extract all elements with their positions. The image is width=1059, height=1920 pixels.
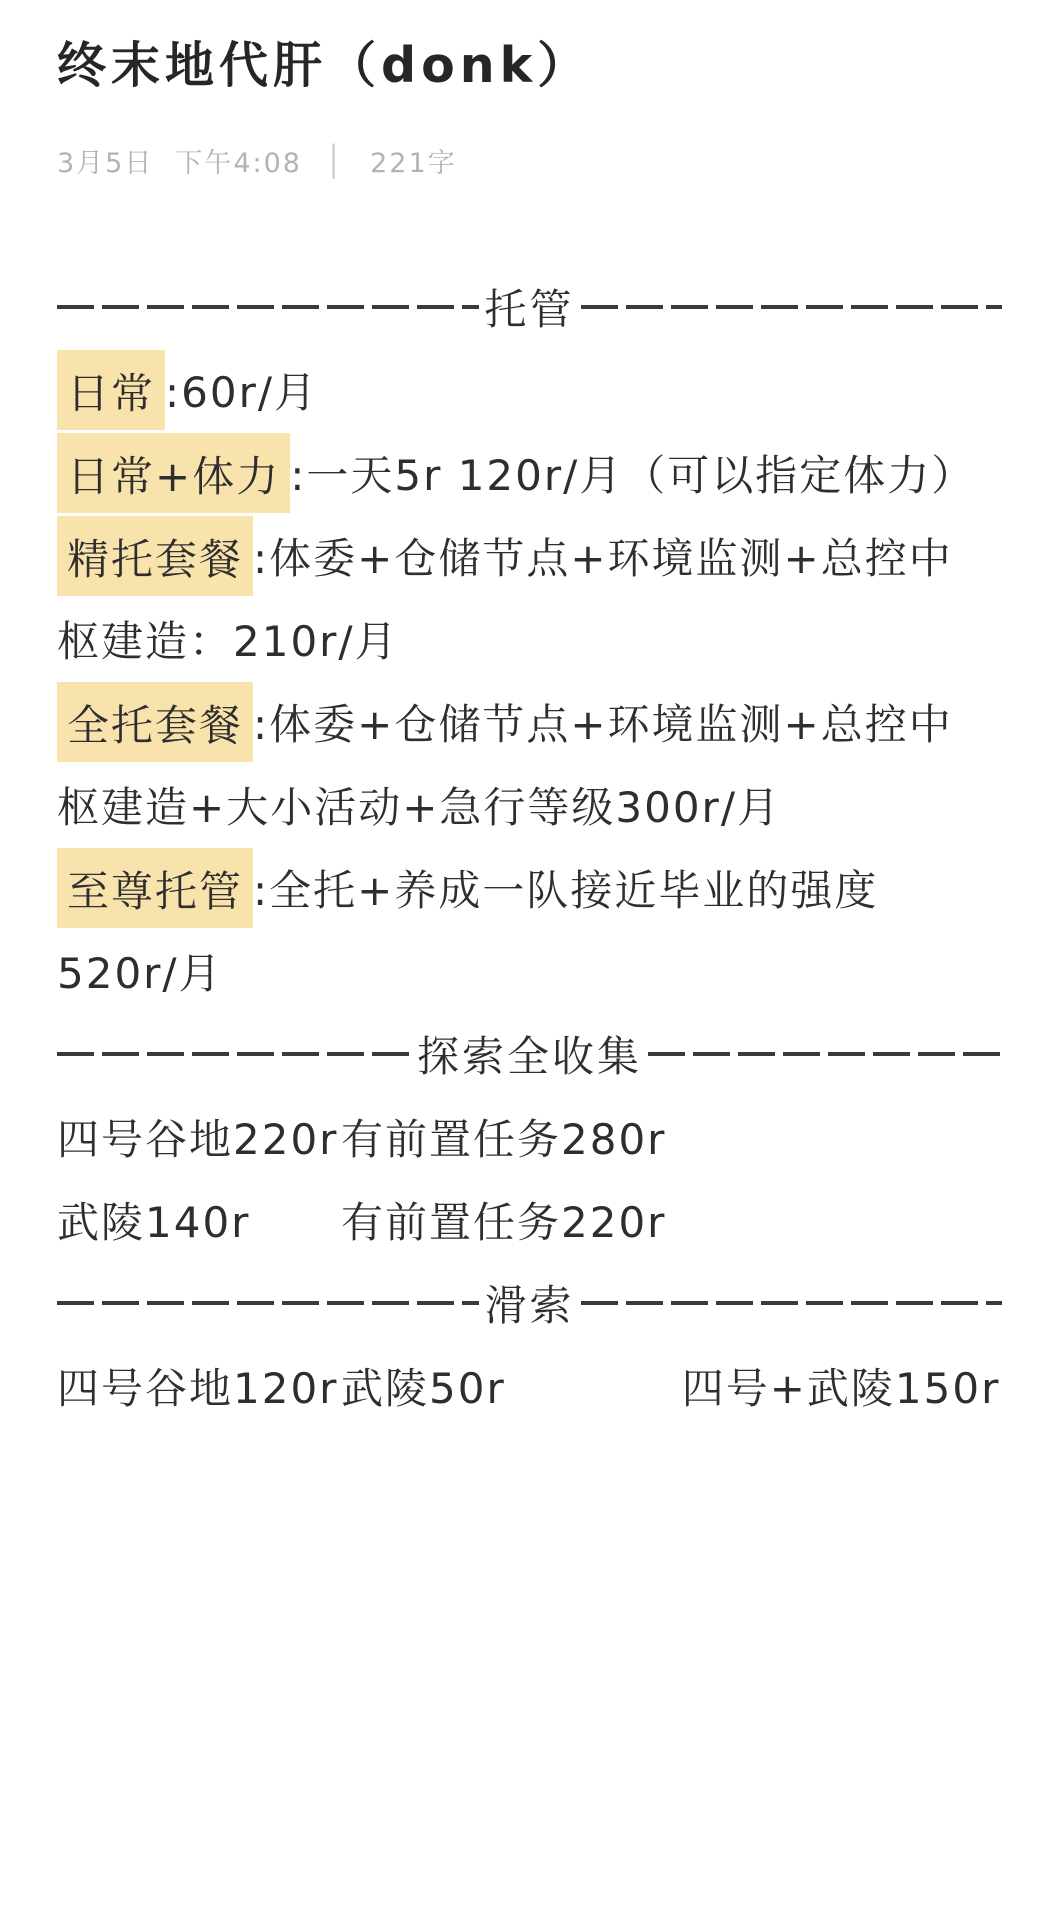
service-text: :一天5r 120r/月（可以指定体力） bbox=[290, 443, 975, 503]
note-title: 终末地代肝（donk） bbox=[57, 34, 1002, 98]
zipline-row: 四号谷地120r武陵50r四号+武陵150r bbox=[57, 1345, 1002, 1428]
explore-price: 四号谷地220r bbox=[57, 1107, 341, 1167]
service-line-daily: 日常:60r/月 bbox=[57, 349, 1002, 432]
explore-prereq-price: 有前置任务220r bbox=[341, 1190, 666, 1250]
service-text: :全托+养成一队接近毕业的强度 bbox=[253, 858, 878, 918]
service-line-supreme-part1: 至尊托管:全托+养成一队接近毕业的强度 bbox=[57, 847, 1002, 930]
divider-dash-left bbox=[57, 305, 479, 309]
divider-dash-right bbox=[648, 1052, 1002, 1056]
service-line-full-part1: 全托套餐:体委+仓储节点+环境监测+总控中 bbox=[57, 681, 1002, 764]
service-line-premium-part2: 枢建造：210r/月 bbox=[57, 598, 1002, 681]
highlight-daily: 日常 bbox=[57, 350, 165, 430]
zipline-price-valley4: 四号谷地120r bbox=[57, 1356, 341, 1416]
note-body[interactable]: 托管 日常:60r/月 日常+体力:一天5r 120r/月（可以指定体力） 精托… bbox=[57, 266, 1002, 1428]
divider-dash-left bbox=[57, 1301, 479, 1305]
service-line-supreme-part2: 520r/月 bbox=[57, 930, 1002, 1013]
divider-label-hosting: 托管 bbox=[479, 277, 581, 337]
note-meta: 3月5日 下午4:08 │ 221字 bbox=[57, 142, 1002, 180]
highlight-daily-stamina: 日常+体力 bbox=[57, 433, 290, 513]
explore-price: 武陵140r bbox=[57, 1190, 341, 1250]
note-time: 下午4:08 bbox=[175, 141, 302, 180]
section-divider-exploration: 探索全收集 bbox=[57, 1013, 1002, 1096]
section-divider-hosting: 托管 bbox=[57, 266, 1002, 349]
explore-row-wuling: 武陵140r有前置任务220r bbox=[57, 1179, 1002, 1262]
service-text: 520r/月 bbox=[57, 941, 223, 1001]
zipline-price-wuling: 武陵50r bbox=[341, 1356, 506, 1416]
service-line-full-part2: 枢建造+大小活动+急行等级300r/月 bbox=[57, 764, 1002, 847]
service-text: 枢建造：210r/月 bbox=[57, 609, 399, 669]
divider-dash-left bbox=[57, 1052, 411, 1056]
highlight-supreme: 至尊托管 bbox=[57, 848, 253, 928]
divider-dash-right bbox=[581, 305, 1003, 309]
notes-app-screen: 终末地代肝（donk） 3月5日 下午4:08 │ 221字 托管 日常:60r… bbox=[0, 0, 1059, 1920]
zipline-price-combo: 四号+武陵150r bbox=[682, 1356, 1001, 1416]
service-line-premium-part1: 精托套餐:体委+仓储节点+环境监测+总控中 bbox=[57, 515, 1002, 598]
divider-label-exploration: 探索全收集 bbox=[411, 1024, 648, 1084]
meta-separator: │ bbox=[326, 143, 346, 178]
service-line-daily-stamina: 日常+体力:一天5r 120r/月（可以指定体力） bbox=[57, 432, 1002, 515]
highlight-full: 全托套餐 bbox=[57, 682, 253, 762]
divider-dash-right bbox=[581, 1301, 1003, 1305]
note-word-count: 221字 bbox=[370, 141, 457, 180]
highlight-premium: 精托套餐 bbox=[57, 516, 253, 596]
section-divider-zipline: 滑索 bbox=[57, 1262, 1002, 1345]
divider-label-zipline: 滑索 bbox=[479, 1273, 581, 1333]
explore-prereq-price: 有前置任务280r bbox=[341, 1107, 666, 1167]
explore-row-valley4: 四号谷地220r有前置任务280r bbox=[57, 1096, 1002, 1179]
note-date: 3月5日 bbox=[57, 141, 153, 180]
service-text: :60r/月 bbox=[165, 360, 318, 420]
service-text: :体委+仓储节点+环境监测+总控中 bbox=[253, 692, 953, 752]
service-text: :体委+仓储节点+环境监测+总控中 bbox=[253, 526, 953, 586]
service-text: 枢建造+大小活动+急行等级300r/月 bbox=[57, 775, 781, 835]
